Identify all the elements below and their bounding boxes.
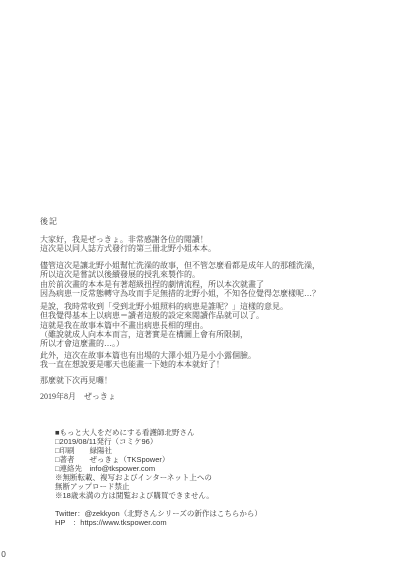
colophon-age-notice: ※18歳未満の方は閲覧および購買できません。 bbox=[55, 491, 262, 500]
afterword-line: 我一直在想說要是哪天也能畫一下她的本本就好了！ bbox=[40, 360, 256, 369]
afterword-line: 是說，我時常收到「受到北野小姐照料的病患是誰呢？」這樣的意見。 bbox=[40, 302, 288, 311]
colophon-printer: □印刷 緑陽社 bbox=[55, 446, 262, 455]
afterword-heading: 後記 bbox=[40, 216, 58, 227]
colophon-twitter: Twitter：@zekkyon（北野さんシリーズの新作はこちらから） bbox=[55, 509, 262, 518]
book-title: ■もっと大人をだめにする看護師北野さん bbox=[55, 428, 262, 437]
afterword-line: 這就是我在故事本篇中不畫出病患長相的理由。 bbox=[40, 321, 288, 330]
afterword-paragraph-3: 是說，我時常收到「受到北野小姐照料的病患是誰呢？」這樣的意見。 但我覺得基本上以… bbox=[40, 302, 288, 348]
afterword-line: 所以這次是嘗試以後續發展的授乳來製作的。 bbox=[40, 270, 320, 279]
afterword-line: 大家好，我是ぜっきょ。非常感謝各位的閲讀！ bbox=[40, 235, 216, 244]
afterword-line: 此外，這次在故事本篇也有出場的大澤小姐乃是小小露個臉。 bbox=[40, 351, 256, 360]
scan-artifact: 0 bbox=[1, 550, 6, 559]
afterword-line: 所以才會這麼畫的…。） bbox=[40, 339, 288, 348]
colophon-homepage-url: HP ：https://www.tkspower.com bbox=[55, 518, 262, 527]
colophon-publish-date: □2019/08/11発行（コミケ96） bbox=[55, 437, 262, 446]
afterword-line: 這次是以同人誌方式發行的第三冊北野小姐本本。 bbox=[40, 244, 216, 253]
afterword-paragraph-4: 此外，這次在故事本篇也有出場的大澤小姐乃是小小露個臉。 我一直在想說要是哪天也能… bbox=[40, 351, 256, 370]
afterword-paragraph-1: 大家好，我是ぜっきょ。非常感謝各位的閲讀！ 這次是以同人誌方式發行的第三冊北野小… bbox=[40, 235, 216, 254]
colophon-contact-email: □連絡先 info@tkspower.com bbox=[55, 464, 262, 473]
scanned-page: 後記 大家好，我是ぜっきょ。非常感謝各位的閲讀！ 這次是以同人誌方式發行的第三冊… bbox=[0, 0, 400, 565]
afterword-paragraph-2: 儘管這次是讓北野小姐幫忙洗澡的故事，但不管怎麼看都是成年人的那種洗澡， 所以這次… bbox=[40, 261, 320, 298]
afterword-line: 儘管這次是讓北野小姐幫忙洗澡的故事，但不管怎麼看都是成年人的那種洗澡， bbox=[40, 261, 320, 270]
colophon-author: □著者 ぜっきょ（TKSpower） bbox=[55, 455, 262, 464]
afterword-line: 因為病患一反常態轉守為攻而手足無措的北野小姐，不知各位覺得怎麼樣呢…？ bbox=[40, 289, 320, 298]
afterword-line: （雖說就成人向本本而言，這著實是在構圖上會有所限制， bbox=[40, 330, 288, 339]
afterword-line: 但我覺得基本上以病患＝讀者這般的設定來閲讀作品就可以了。 bbox=[40, 311, 288, 320]
colophon-copyright-notice: 無断アップロード禁止 bbox=[55, 482, 262, 491]
afterword-line: 由於前次畫的本本是有著超級扭捏的劇情流程，所以本次就畫了 bbox=[40, 280, 320, 289]
colophon-section: ■もっと大人をだめにする看護師北野さん □2019/08/11発行（コミケ96）… bbox=[55, 428, 262, 527]
colophon-copyright-notice: ※無断転載、複写およびインターネット上への bbox=[55, 473, 262, 482]
afterword-signature: 2019年8月 ぜっきょ bbox=[40, 392, 116, 401]
afterword-closing: 那麼就下次再見囉！ bbox=[40, 376, 112, 385]
